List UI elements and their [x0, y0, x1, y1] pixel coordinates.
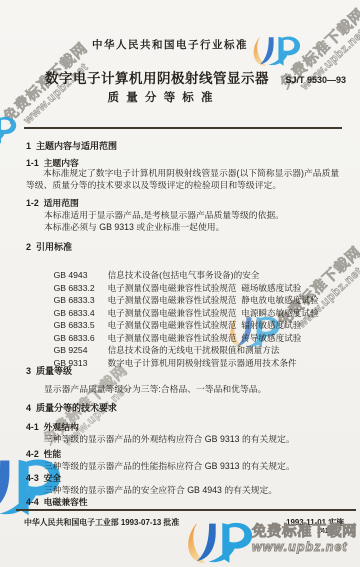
- clause-1-2-paragraph-2: 本标准必须与 GB 9313 或企业标准一起使用。: [44, 220, 224, 233]
- brand-block: 免费标准下载网 www.upbz.net: [252, 525, 357, 554]
- section-3-heading: 3 质量等级: [26, 364, 72, 377]
- org-line: 中华人民共和国电子行业标准: [0, 37, 340, 52]
- reference-title: 数字电子计算机用阴极射线管显示器通用技术条件: [108, 358, 297, 368]
- clause-4-1-paragraph: 三种等级的显示器产品的外观结构应符合 GB 9313 的有关规定。: [44, 432, 295, 445]
- reference-row: GB 9313数字电子计算机用阴极射线管显示器通用技术条件: [44, 347, 297, 379]
- brand-site-url: www.upbz.net: [252, 541, 357, 555]
- clause-4-2-paragraph: 三种等级的显示器产品的性能指标应符合 GB 9313 的有关规定。: [44, 459, 295, 472]
- section-2-heading: 2 引用标准: [26, 240, 72, 253]
- footer-approval: 中华人民共和国电子工业部 1993-07-13 批准: [24, 517, 179, 528]
- doc-title: 数字电子计算机用阴极射线管显示器: [0, 67, 314, 87]
- upbz-logo-icon: [182, 522, 256, 566]
- upbz-logo-icon: [0, 116, 18, 146]
- footer-divider: [16, 509, 356, 511]
- doc-subtitle: 质 量 分 等 标 准: [0, 89, 322, 105]
- header-divider: [24, 127, 342, 129]
- section-4-heading: 4 质量分等的技术要求: [26, 401, 117, 414]
- clause-1-1-paragraph: 本标准规定了数字电子计算机用阴极射线管显示器(以下简称显示器)产品质量等级、质量…: [26, 168, 342, 192]
- brand-site-name: 免费标准下载网: [252, 525, 357, 541]
- section-3-paragraph: 显示器产品质量等级分为三等:合格品、一等品和优等品。: [44, 382, 266, 395]
- document-page: 免费标准下载网 www.upbz.net 免费标准下载网 www.upbz.ne…: [0, 0, 360, 567]
- clause-4-4-heading: 4-4 电磁兼容性: [26, 495, 88, 508]
- standard-code: SJ/T 9530—93: [285, 75, 346, 85]
- section-1-heading: 1 主题内容与适用范围: [26, 139, 117, 152]
